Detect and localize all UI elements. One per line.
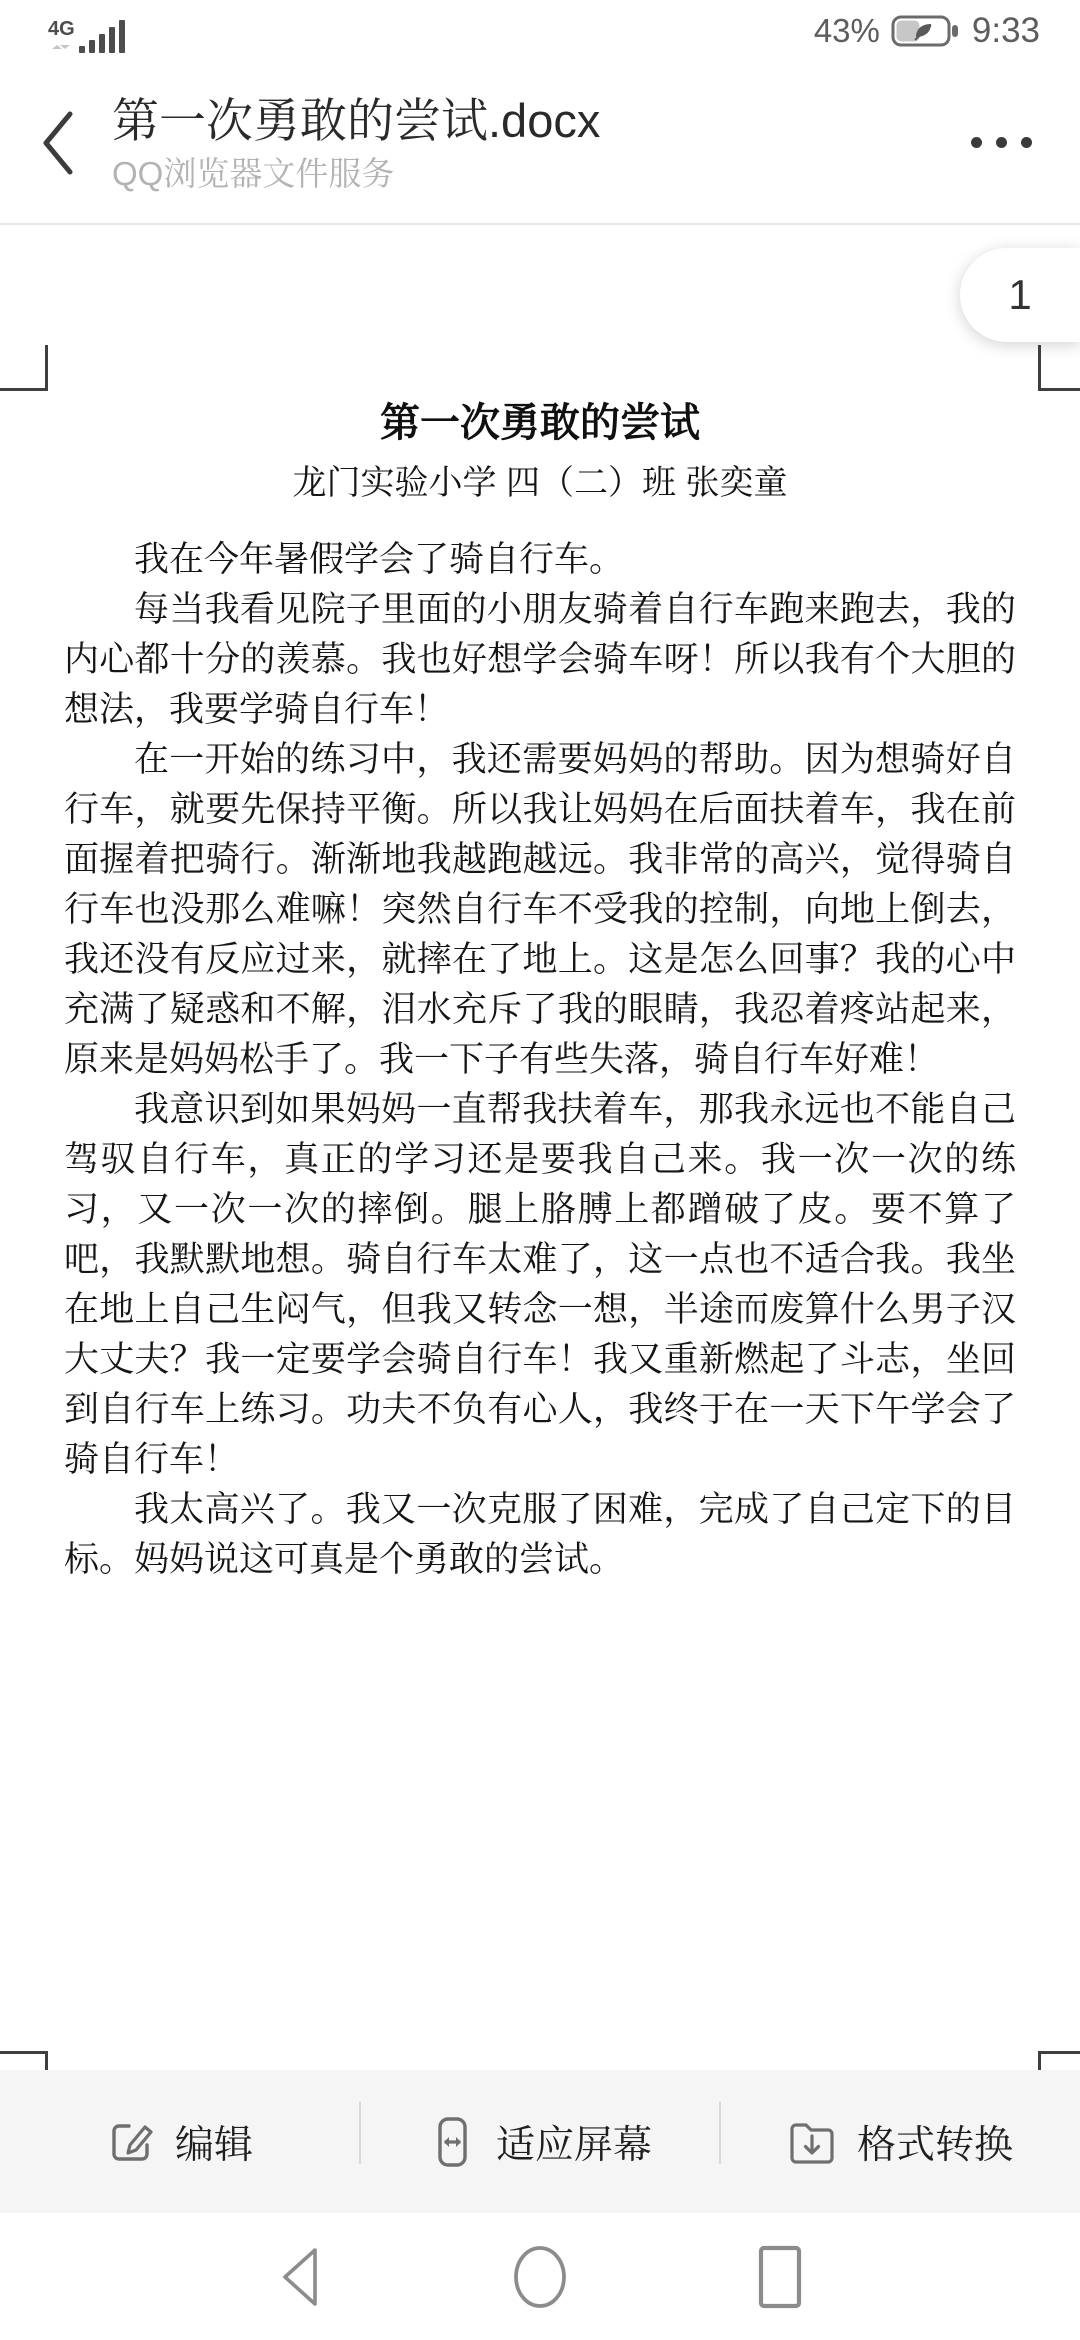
essay-paragraph: 我意识到如果妈妈一直帮我扶着车，那我永远也不能自己驾驭自行车，真正的学习还是要我… [64, 1085, 1016, 1485]
home-circle-icon [512, 2244, 568, 2310]
file-source-subtitle: QQ浏览器文件服务 [112, 154, 961, 194]
page-corner-mark-bottom-right [1038, 2051, 1080, 2070]
essay-title: 第一次勇敢的尝试 [64, 397, 1016, 449]
status-bar: 4G 43% 9:33 [0, 0, 1080, 62]
edit-label: 编辑 [175, 2114, 253, 2170]
fit-screen-icon [428, 2116, 476, 2168]
recents-square-icon [758, 2245, 802, 2309]
essay-author-line: 龙门实验小学 四（二）班 张奕童 [64, 459, 1016, 507]
signal-strength-indicator: 4G [48, 19, 125, 53]
page-corner-mark-top-left [0, 345, 48, 391]
nav-recents-button[interactable] [752, 2241, 808, 2313]
document-header: 第一次勇敢的尝试.docx QQ浏览器文件服务 [0, 62, 1080, 223]
fit-screen-button[interactable]: 适应屏幕 [360, 2070, 720, 2213]
system-navigation-bar [0, 2213, 1080, 2340]
document-content: 第一次勇敢的尝试 龙门实验小学 四（二）班 张奕童 我在今年暑假学会了骑自行车。… [64, 397, 1016, 1585]
battery-percent-label: 43% [814, 12, 880, 50]
essay-paragraph: 我太高兴了。我又一次克服了困难，完成了自己定下的目标。妈妈说这可真是个勇敢的尝试… [64, 1485, 1016, 1585]
page-corner-mark-bottom-left [0, 2051, 48, 2070]
format-convert-button[interactable]: 格式转换 [720, 2070, 1080, 2213]
page-number-label: 1 [1008, 271, 1031, 319]
bottom-toolbar: 编辑 适应屏幕 格式转换 [0, 2070, 1080, 2213]
dot-icon [1021, 137, 1032, 148]
edit-button[interactable]: 编辑 [0, 2070, 360, 2213]
back-button[interactable] [40, 98, 100, 188]
fit-screen-label: 适应屏幕 [496, 2114, 652, 2170]
format-convert-label: 格式转换 [857, 2114, 1013, 2170]
format-convert-icon [787, 2118, 837, 2166]
essay-body: 我在今年暑假学会了骑自行车。每当我看见院子里面的小朋友骑着自行车跑来跑去，我的内… [64, 535, 1016, 1585]
file-title: 第一次勇敢的尝试.docx [112, 92, 961, 150]
chevron-left-icon [40, 110, 76, 176]
page-corner-mark-top-right [1038, 345, 1080, 391]
nav-home-button[interactable] [512, 2241, 568, 2313]
dot-icon [996, 137, 1007, 148]
essay-paragraph: 在一开始的练习中，我还需要妈妈的帮助。因为想骑好自行车，就要先保持平衡。所以我让… [64, 735, 1016, 1085]
page-number-badge[interactable]: 1 [960, 248, 1080, 342]
edit-icon [107, 2118, 155, 2166]
signal-bars-icon [79, 19, 125, 53]
essay-paragraph: 我在今年暑假学会了骑自行车。 [64, 535, 1016, 585]
back-triangle-icon [277, 2245, 323, 2309]
data-activity-icon [50, 41, 72, 53]
essay-paragraph: 每当我看见院子里面的小朋友骑着自行车跑来跑去，我的内心都十分的羡慕。我也好想学会… [64, 585, 1016, 735]
dot-icon [971, 137, 982, 148]
network-type-label: 4G [48, 19, 75, 39]
more-options-button[interactable] [961, 117, 1042, 168]
battery-power-save-icon [890, 13, 962, 49]
clock-label: 9:33 [972, 11, 1040, 51]
nav-back-button[interactable] [272, 2241, 328, 2313]
document-page: 1 第一次勇敢的尝试 龙门实验小学 四（二）班 张奕童 我在今年暑假学会了骑自行… [0, 225, 1080, 2070]
